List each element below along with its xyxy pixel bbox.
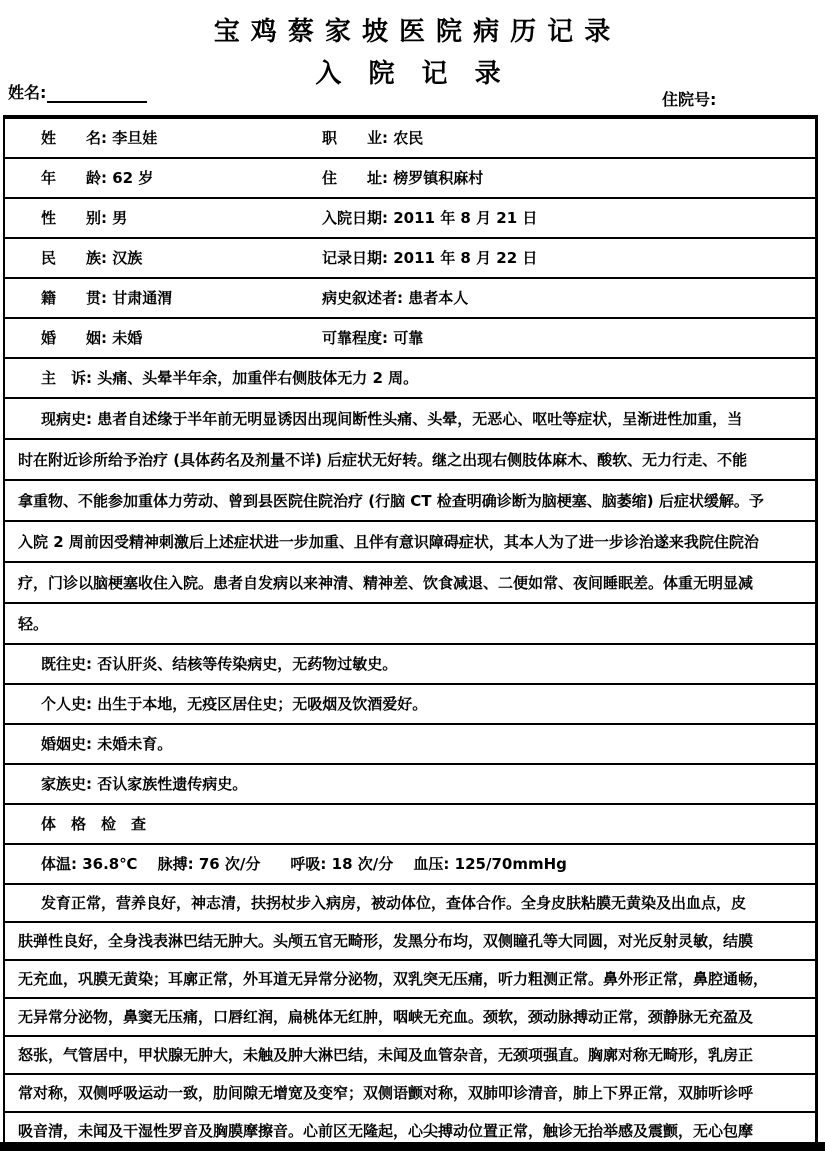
record-line: 疗，门诊以脑梗塞收住入院。患者自发病以来神清、精神差、饮食减退、二便如常、夜间睡…	[5, 563, 815, 604]
record-line: 无异常分泌物，鼻窦无压痛，口唇红润，扁桃体无红肿，咽峡无充血。颈软，颈动脉搏动正…	[5, 999, 815, 1037]
info-row-right: 入院日期: 2011 年 8 月 21 日	[322, 209, 802, 227]
record-line-text: 既往史: 否认肝炎、结核等传染病史，无药物过敏史。	[41, 655, 397, 673]
record-line: 既往史: 否认肝炎、结核等传染病史，无药物过敏史。	[5, 645, 815, 685]
record-line-text: 肤弹性良好，全身浅表淋巴结无肿大。头颅五官无畸形，发黑分布均，双侧瞳孔等大同圆，…	[18, 932, 753, 950]
record-line: 怒张，气管居中，甲状腺无肿大，未触及肿大淋巴结，未闻及血管杂音，无颈项强直。胸廓…	[5, 1037, 815, 1075]
record-line: 肤弹性良好，全身浅表淋巴结无肿大。头颅五官无畸形，发黑分布均，双侧瞳孔等大同圆，…	[5, 923, 815, 961]
record-line: 时在附近诊所给予治疗 (具体药名及剂量不详) 后症状无好转。继之出现右侧肢体麻木…	[5, 440, 815, 481]
info-row-left: 性 别: 男	[41, 209, 322, 227]
record-line: 发育正常，营养良好，神志清，扶拐杖步入病房，被动体位，查体合作。全身皮肤粘膜无黄…	[5, 885, 815, 923]
record-line-text: 家族史: 否认家族性遗传病史。	[41, 775, 247, 793]
record-line-text: 主 诉: 头痛、头晕半年余，加重伴右侧肢体无力 2 周。	[41, 369, 418, 387]
name-label: 姓名:	[8, 83, 46, 102]
record-line-text: 个人史: 出生于本地，无疫区居住史；无吸烟及饮酒爱好。	[41, 695, 427, 713]
info-row: 民 族: 汉族记录日期: 2011 年 8 月 22 日	[5, 239, 815, 279]
page-scan-cut-edge	[0, 1142, 825, 1151]
name-blank-underline	[47, 85, 147, 103]
info-row: 性 别: 男入院日期: 2011 年 8 月 21 日	[5, 199, 815, 239]
record-line: 体 格 检 查	[5, 805, 815, 845]
record-line-text: 无异常分泌物，鼻窦无压痛，口唇红润，扁桃体无红肿，咽峡无充血。颈软，颈动脉搏动正…	[18, 1008, 753, 1026]
record-line: 家族史: 否认家族性遗传病史。	[5, 765, 815, 805]
info-row: 籍 贯: 甘肃通渭病史叙述者: 患者本人	[5, 279, 815, 319]
info-row-right: 记录日期: 2011 年 8 月 22 日	[322, 249, 802, 267]
record-line: 主 诉: 头痛、头晕半年余，加重伴右侧肢体无力 2 周。	[5, 359, 815, 399]
medical-record-page: 宝 鸡 蔡 家 坡 医 院 病 历 记 录 入 院 记 录 姓名: 住院号: 姓…	[0, 0, 825, 1151]
info-row-left: 年 龄: 62 岁	[41, 169, 322, 187]
info-row-left: 民 族: 汉族	[41, 249, 322, 267]
info-row: 姓 名: 李旦娃职 业: 农民	[5, 119, 815, 159]
info-row-right: 病史叙述者: 患者本人	[322, 289, 802, 307]
info-row: 年 龄: 62 岁住 址: 榜罗镇积麻村	[5, 159, 815, 199]
record-line-text: 发育正常，营养良好，神志清，扶拐杖步入病房，被动体位，查体合作。全身皮肤粘膜无黄…	[41, 894, 746, 912]
record-line-text: 怒张，气管居中，甲状腺无肿大，未触及肿大淋巴结，未闻及血管杂音，无颈项强直。胸廓…	[18, 1046, 753, 1064]
info-row-right: 可靠程度: 可靠	[322, 329, 802, 347]
record-line-text: 现病史: 患者自述缘于半年前无明显诱因出现间断性头痛、头晕，无恶心、呕吐等症状，…	[41, 410, 742, 428]
info-row-right: 住 址: 榜罗镇积麻村	[322, 169, 802, 187]
record-line-text: 疗，门诊以脑梗塞收住入院。患者自发病以来神清、精神差、饮食减退、二便如常、夜间睡…	[18, 574, 753, 592]
info-row-left: 籍 贯: 甘肃通渭	[41, 289, 322, 307]
name-field: 姓名:	[8, 80, 147, 103]
record-line: 轻。	[5, 604, 815, 645]
record-line: 无充血，巩膜无黄染；耳廓正常，外耳道无异常分泌物，双乳突无压痛，听力粗测正常。鼻…	[5, 961, 815, 999]
record-line: 体温: 36.8℃ 脉搏: 76 次/分 呼吸: 18 次/分 血压: 125/…	[5, 845, 815, 885]
record-line-text: 无充血，巩膜无黄染；耳廓正常，外耳道无异常分泌物，双乳突无压痛，听力粗测正常。鼻…	[18, 970, 768, 988]
info-row-left: 姓 名: 李旦娃	[41, 129, 322, 147]
record-line-text: 时在附近诊所给予治疗 (具体药名及剂量不详) 后症状无好转。继之出现右侧肢体麻木…	[18, 451, 747, 469]
record-line: 现病史: 患者自述缘于半年前无明显诱因出现间断性头痛、头晕，无恶心、呕吐等症状，…	[5, 399, 815, 440]
record-line-text: 轻。	[18, 615, 48, 633]
record-line-text: 婚姻史: 未婚未育。	[41, 735, 172, 753]
record-line-text: 常对称，双侧呼吸运动一致，肋间隙无增宽及变窄；双侧语颤对称，双肺叩诊清音，肺上下…	[18, 1084, 753, 1102]
record-line: 婚姻史: 未婚未育。	[5, 725, 815, 765]
record-line: 个人史: 出生于本地，无疫区居住史；无吸烟及饮酒爱好。	[5, 685, 815, 725]
hospital-number-label: 住院号:	[662, 87, 716, 110]
record-line: 拿重物、不能参加重体力劳动、曾到县医院住院治疗 (行脑 CT 检查明确诊断为脑梗…	[5, 481, 815, 522]
info-row: 婚 姻: 未婚可靠程度: 可靠	[5, 319, 815, 359]
record-line: 入院 2 周前因受精神刺激后上述症状进一步加重、且伴有意识障碍症状，其本人为了进…	[5, 522, 815, 563]
page-title: 宝 鸡 蔡 家 坡 医 院 病 历 记 录	[0, 11, 825, 48]
record-line-text: 体温: 36.8℃ 脉搏: 76 次/分 呼吸: 18 次/分 血压: 125/…	[41, 855, 567, 873]
info-row-left: 婚 姻: 未婚	[41, 329, 322, 347]
record-line-text: 体 格 检 查	[41, 815, 146, 833]
record-line-text: 入院 2 周前因受精神刺激后上述症状进一步加重、且伴有意识障碍症状，其本人为了进…	[18, 533, 759, 551]
record-line-text: 拿重物、不能参加重体力劳动、曾到县医院住院治疗 (行脑 CT 检查明确诊断为脑梗…	[18, 492, 764, 510]
record-line-text: 吸音清，未闻及干湿性罗音及胸膜摩擦音。心前区无隆起，心尖搏动位置正常，触诊无抬举…	[18, 1122, 753, 1140]
record-line: 常对称，双侧呼吸运动一致，肋间隙无增宽及变窄；双侧语颤对称，双肺叩诊清音，肺上下…	[5, 1075, 815, 1113]
record-table: 姓 名: 李旦娃职 业: 农民年 龄: 62 岁住 址: 榜罗镇积麻村性 别: …	[3, 115, 818, 1151]
info-row-right: 职 业: 农民	[322, 129, 802, 147]
